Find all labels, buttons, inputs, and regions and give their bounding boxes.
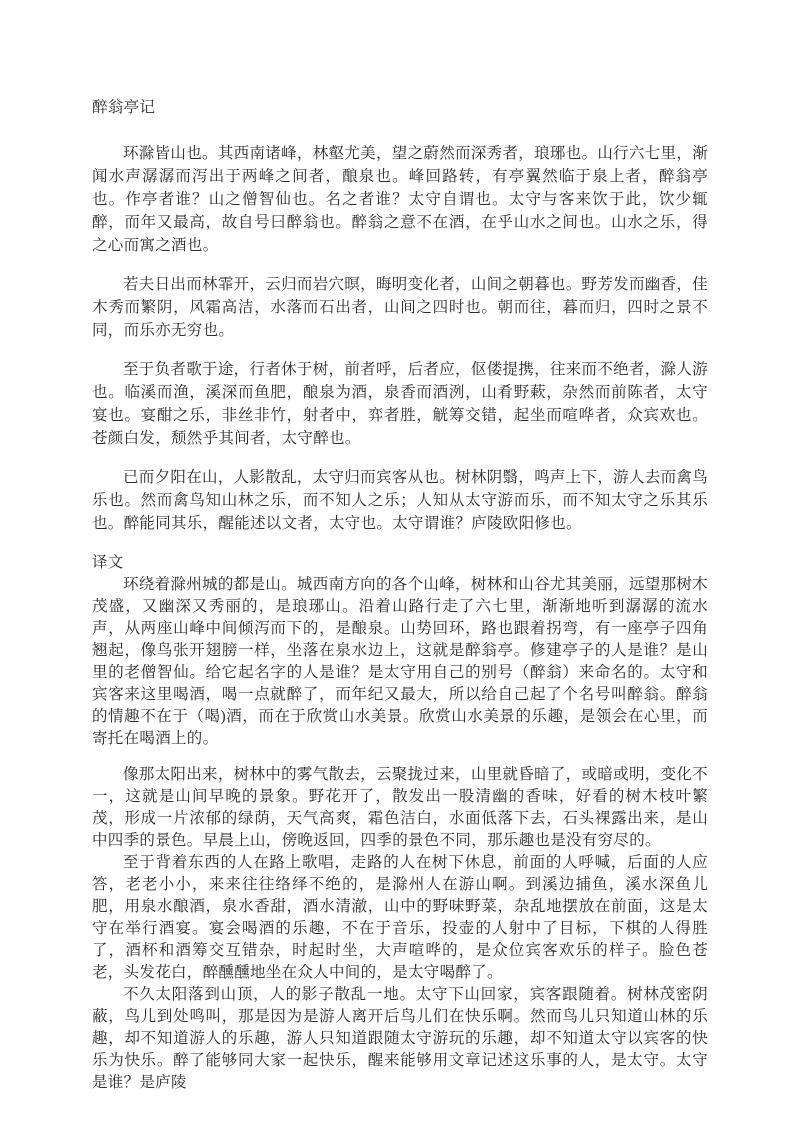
- original-paragraph-2: 若夫日出而林霏开，云归而岩穴暝，晦明变化者，山间之朝暮也。野芳发而幽香，佳木秀而…: [92, 273, 708, 342]
- translation-paragraph-4: 不久太阳落到山顶，人的影子散乱一地。太守下山回家，宾客跟随着。树林茂密阴蔽，鸟儿…: [92, 984, 708, 1094]
- original-paragraph-4: 已而夕阳在山，人影散乱，太守归而宾客从也。树林阴翳，鸣声上下，游人去而禽鸟乐也。…: [92, 466, 708, 535]
- translation-heading: 译文: [92, 551, 708, 574]
- translation-section: 译文 环绕着滁州城的都是山。城西南方向的各个山峰，树林和山谷尤其美丽，远望那树木…: [92, 551, 708, 1094]
- translation-paragraph-3: 至于背着东西的人在路上歌唱，走路的人在树下休息，前面的人呼喊，后面的人应答，老老…: [92, 852, 708, 984]
- page-title: 醉翁亭记: [92, 96, 708, 119]
- translation-paragraph-2: 像那太阳出来，树林中的雾气散去，云聚拢过来，山里就昏暗了，或暗或明，变化不一，这…: [92, 764, 708, 852]
- original-text-section: 环滁皆山也。其西南诸峰，林壑尤美，望之蔚然而深秀者，琅琊也。山行六七里，渐闻水声…: [92, 142, 708, 535]
- original-paragraph-3: 至于负者歌于途，行者休于树，前者呼，后者应，伛偻提携，往来而不绝者，滁人游也。临…: [92, 358, 708, 450]
- original-paragraph-1: 环滁皆山也。其西南诸峰，林壑尤美，望之蔚然而深秀者，琅琊也。山行六七里，渐闻水声…: [92, 142, 708, 257]
- document-page: 醉翁亭记 环滁皆山也。其西南诸峰，林壑尤美，望之蔚然而深秀者，琅琊也。山行六七里…: [0, 0, 800, 1132]
- translation-paragraph-1: 环绕着滁州城的都是山。城西南方向的各个山峰，树林和山谷尤其美丽，远望那树木茂盛，…: [92, 574, 708, 750]
